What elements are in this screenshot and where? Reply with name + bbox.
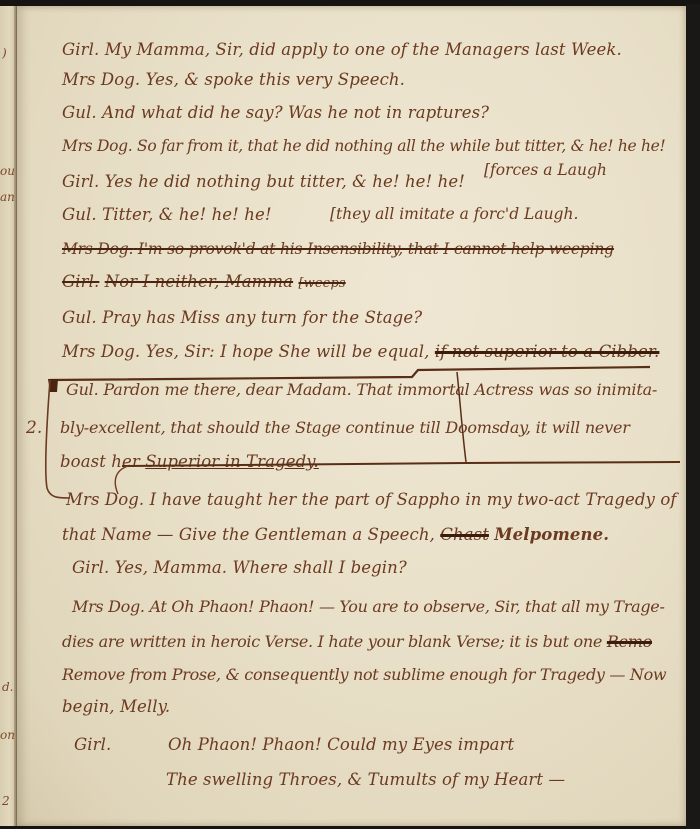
struck-word: Remo	[607, 632, 652, 651]
dialogue-text: Yes, Mamma. Where shall I begin?	[115, 558, 407, 577]
previous-page-fragment: ou	[0, 164, 15, 178]
previous-page-fragment: an	[0, 190, 15, 204]
previous-page-fragment: on	[0, 728, 15, 742]
verse-line: The swelling Throes, & Tumults of my Hea…	[166, 770, 565, 789]
previous-page-fragment: 2	[2, 794, 10, 808]
dialogue-line: Mrs Dog. At Oh Phaon! Phaon! — You are t…	[72, 597, 665, 616]
dialogue-line: Gul. Pardon me there, dear Madam. That i…	[66, 380, 657, 399]
verse-line: Oh Phaon! Phaon! Could my Eyes impart	[168, 735, 514, 754]
speaker-label: Mrs Dog.	[62, 137, 132, 155]
page-edge-shadow	[686, 4, 700, 829]
stage-direction: [forces a Laugh	[484, 161, 607, 179]
speaker-label: Girl.	[62, 172, 99, 191]
struck-text: if not superior to a Cibber.	[435, 342, 660, 361]
underlined-text: Superior in Tragedy.	[145, 452, 319, 471]
dialogue-line: Girl. My Mamma, Sir, did apply to one of…	[62, 40, 622, 59]
dialogue-text: Yes he did nothing but titter, & he! he!…	[105, 172, 465, 191]
dialogue-text: So far from it, that he did nothing all …	[137, 137, 665, 155]
dialogue-line: boast her Superior in Tragedy.	[60, 452, 319, 471]
dialogue-line: Remove from Prose, & consequently not su…	[62, 665, 666, 684]
dialogue-text: I have taught her the part of Sappho in …	[150, 490, 677, 509]
dialogue-text: bly-excellent, that should the Stage con…	[60, 418, 630, 437]
struck-word: Chast	[440, 525, 489, 544]
speaker-label: Mrs Dog.	[62, 70, 140, 89]
dialogue-line: begin, Melly.	[62, 697, 170, 716]
manuscript-photo: ) ou an d. on 2 Girl. My Mamma, Sir, did…	[0, 0, 700, 829]
dialogue-text: boast her	[60, 452, 140, 471]
dialogue-text: My Mamma, Sir, did apply to one of the M…	[105, 40, 622, 59]
speaker-label: Gul.	[66, 380, 99, 399]
margin-number: 2.	[26, 418, 42, 438]
dialogue-line: Gul. And what did he say? Was he not in …	[62, 103, 489, 122]
dialogue-line: Mrs Dog. Yes, Sir: I hope She will be eq…	[62, 342, 659, 361]
dialogue-line: Gul. Pray has Miss any turn for the Stag…	[62, 308, 422, 327]
dialogue-line: Mrs Dog. I have taught her the part of S…	[66, 490, 677, 509]
previous-page-fragment: )	[2, 46, 7, 60]
stage-direction: [they all imitate a forc'd Laugh.	[330, 205, 578, 223]
speaker-label: Mrs Dog.	[66, 490, 144, 509]
dialogue-text: that Name — Give the Gentleman a Speech,	[62, 525, 435, 544]
speaker-label: Mrs Dog.	[62, 342, 140, 361]
dialogue-text: I'm so provok'd at his Insensibility, th…	[138, 240, 614, 258]
dialogue-line: Mrs Dog. So far from it, that he did not…	[62, 137, 665, 155]
struck-dialogue-line: Girl. Nor I neither, Mamma [weeps	[62, 272, 346, 291]
dialogue-text: At Oh Phaon! Phaon! — You are to observe…	[150, 597, 665, 616]
dialogue-line: that Name — Give the Gentleman a Speech,…	[62, 525, 609, 544]
dialogue-text: begin, Melly.	[62, 697, 170, 716]
struck-dialogue-line: Mrs Dog. I'm so provok'd at his Insensib…	[62, 240, 614, 258]
dialogue-line: Girl. Yes he did nothing but titter, & h…	[62, 172, 465, 191]
speaker-label: Mrs Dog.	[72, 597, 145, 616]
dialogue-text: Melpomene.	[494, 525, 609, 544]
speaker-label: Girl.	[62, 40, 99, 59]
speaker-label: Gul.	[62, 308, 97, 327]
dialogue-line: Mrs Dog. Yes, & spoke this very Speech.	[62, 70, 405, 89]
dialogue-text: Yes, & spoke this very Speech.	[146, 70, 405, 89]
speaker-label: Girl.	[74, 735, 111, 754]
speaker-label: Girl.	[72, 558, 109, 577]
dialogue-text: Yes, Sir: I hope She will be equal,	[146, 342, 430, 361]
dialogue-line: Girl. Yes, Mamma. Where shall I begin?	[72, 558, 407, 577]
speaker-label: Girl.	[62, 272, 99, 291]
previous-page-fragment: d.	[2, 680, 14, 694]
dialogue-line: dies are written in heroic Verse. I hate…	[62, 632, 652, 651]
dialogue-text: Nor I neither, Mamma	[105, 272, 293, 291]
dialogue-text: Pardon me there, dear Madam. That immort…	[103, 380, 657, 399]
dialogue-text: Pray has Miss any turn for the Stage?	[102, 308, 422, 327]
dialogue-text: Titter, & he! he! he!	[102, 205, 271, 224]
dialogue-text: Remove from Prose, & consequently not su…	[62, 665, 666, 684]
speaker-label: Gul.	[62, 103, 97, 122]
dialogue-line: bly-excellent, that should the Stage con…	[60, 418, 630, 437]
dialogue-text: dies are written in heroic Verse. I hate…	[62, 632, 602, 651]
stage-direction: [weeps	[298, 276, 345, 291]
speaker-label: Mrs Dog.	[62, 240, 133, 258]
speaker-label: Gul.	[62, 205, 97, 224]
dialogue-text: And what did he say? Was he not in raptu…	[102, 103, 489, 122]
dialogue-line: Gul. Titter, & he! he! he!	[62, 205, 272, 224]
